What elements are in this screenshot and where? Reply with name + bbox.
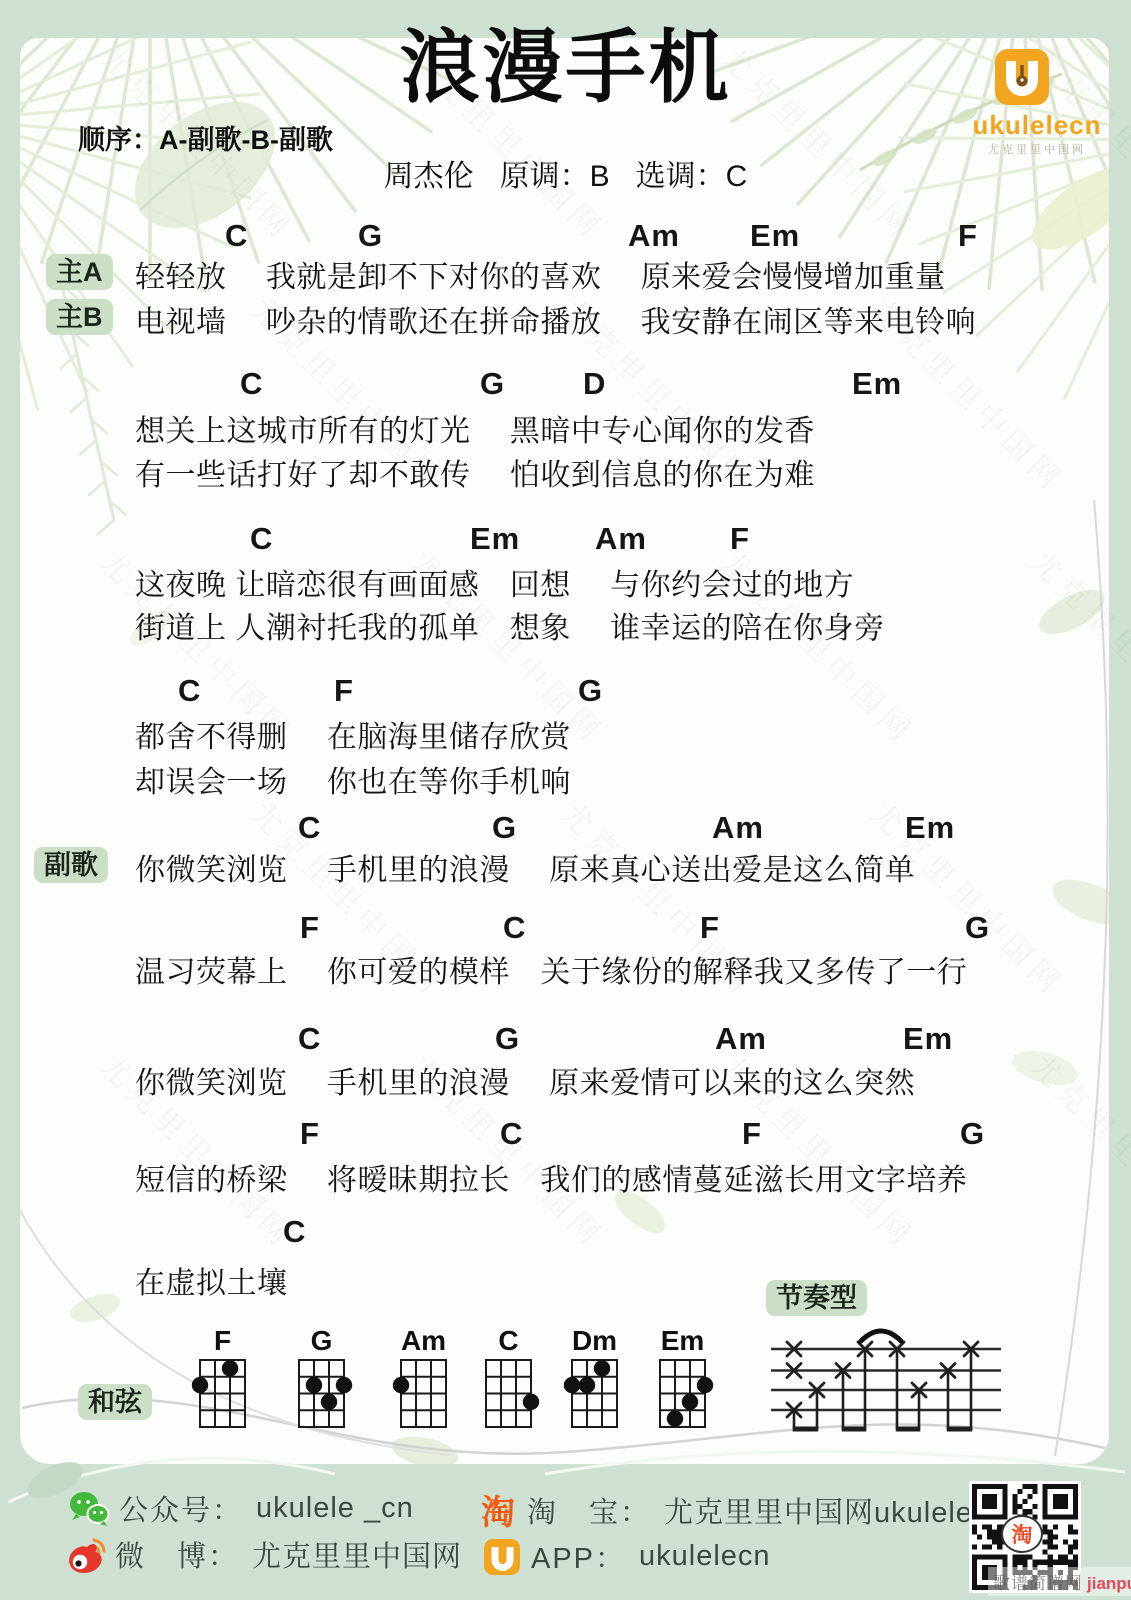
chord-label: Am xyxy=(715,1021,767,1057)
footer-entry: 淘淘 宝：尤克里里中国网ukulele xyxy=(476,1490,973,1531)
qr-center-logo: 淘 xyxy=(1001,1515,1043,1553)
footer-entry: 微 博：尤克里里中国网 xyxy=(64,1534,462,1575)
chord-label: D xyxy=(583,366,606,402)
lyric-line: 街道上 人潮衬托我的孤单 想象 谁幸运的陪在你身旁 xyxy=(135,603,885,647)
footer-value: 尤克里里中国网ukulele xyxy=(664,1490,973,1531)
chord-label: C xyxy=(500,1116,523,1152)
footer-label: 公众号： xyxy=(119,1488,243,1529)
original-key: 原调：B xyxy=(500,151,610,195)
chord-label: G xyxy=(492,810,517,846)
chord-label: C xyxy=(503,910,526,946)
chord-label: F xyxy=(742,1116,762,1152)
chord-label: G xyxy=(358,218,383,254)
logo-wordmark: ukulelecn xyxy=(952,110,1122,141)
chord-sheet-page: 尤克里里中国网尤克里里中国网尤克里里中国网尤克里里中国网尤克里里中国网尤克里里中… xyxy=(0,0,1131,1600)
chord-label: C xyxy=(283,1214,306,1250)
lyric-line: 有一些话打好了却不敢传 怕收到信息的你在为难 xyxy=(135,450,815,494)
footer-value: ukulele _cn xyxy=(256,1492,414,1525)
lyric-line: 都舍不得删 在脑海里储存欣赏 xyxy=(135,712,571,756)
chord-label: Em xyxy=(750,218,800,254)
footer-label: 淘 宝： xyxy=(527,1490,651,1531)
lyric-line: 电视墙 吵杂的情歌还在拼命播放 我安静在闹区等来电铃响 xyxy=(135,297,976,341)
chord-label: Am xyxy=(712,810,764,846)
weibo-icon xyxy=(64,1535,108,1575)
site-watermark-name: 歌谱简谱网 xyxy=(993,1574,1083,1593)
footer-value: 尤克里里中国网 xyxy=(252,1534,462,1575)
chord-label: G xyxy=(578,673,603,709)
chord-label: Em xyxy=(852,366,902,402)
svg-text:淘: 淘 xyxy=(481,1494,515,1531)
section-badge: 副歌 xyxy=(34,847,108,883)
footer-label: APP： xyxy=(531,1536,626,1577)
lyric-line: 你微笑浏览 手机里的浪漫 原来爱情可以来的这么突然 xyxy=(135,1058,915,1102)
chord-label: C xyxy=(225,218,248,254)
lyric-line: 温习荧幕上 你可爱的模样 关于缘份的解释我又多传了一行 xyxy=(135,947,967,991)
lyric-line: 在虚拟土壤 xyxy=(135,1258,288,1302)
chord-label: Am xyxy=(595,521,647,557)
chord-label: G xyxy=(960,1116,985,1152)
chord-label: F xyxy=(300,1116,320,1152)
chord-label: F xyxy=(334,673,354,709)
artist-name: 周杰伦 xyxy=(384,151,474,195)
chord-label: F xyxy=(300,910,320,946)
section-badge: 主B xyxy=(46,299,113,335)
site-watermark: 歌谱简谱网jianpu.cn xyxy=(988,1567,1131,1596)
app-icon xyxy=(480,1537,524,1577)
lyric-line: 短信的桥梁 将暧昧期拉长 我们的感情蔓延滋长用文字培养 xyxy=(135,1155,967,1199)
chord-label: F xyxy=(958,218,978,254)
site-watermark-domain: jianpu.cn xyxy=(1087,1574,1131,1593)
footer-entry: APP：ukulelecn xyxy=(480,1536,771,1577)
rhythm-pattern-badge: 节奏型 xyxy=(766,1280,867,1316)
ukulelecn-logo-icon xyxy=(995,49,1049,105)
chord-label: Em xyxy=(905,810,955,846)
section-badge: 主A xyxy=(46,254,113,290)
chords-panel-badge: 和弦 xyxy=(78,1384,152,1420)
footer-entry: 公众号：ukulele _cn xyxy=(68,1488,414,1529)
logo-subtitle: 尤克里里中国网 xyxy=(962,141,1112,157)
chord-label: C xyxy=(250,521,273,557)
lyric-line: 这夜晚 让暗恋很有画面感 回想 与你约会过的地方 xyxy=(135,560,854,604)
chord-label: Em xyxy=(903,1021,953,1057)
chord-label: G xyxy=(480,366,505,402)
selected-key: 选调：C xyxy=(636,151,748,195)
artist-key-line: 周杰伦 原调：B 选调：C xyxy=(0,151,1131,195)
lyric-line: 轻轻放 我就是卸不下对你的喜欢 原来爱会慢慢增加重量 xyxy=(135,252,946,296)
taobao-icon: 淘 xyxy=(476,1491,520,1531)
lyric-line: 想关上这城市所有的灯光 黑暗中专心闻你的发香 xyxy=(135,406,815,450)
chord-label: C xyxy=(178,673,201,709)
chord-label: Am xyxy=(628,218,680,254)
chord-label: C xyxy=(240,366,263,402)
chord-label: C xyxy=(298,810,321,846)
chord-label: C xyxy=(298,1021,321,1057)
chord-label: G xyxy=(495,1021,520,1057)
song-title: 浪漫手机 xyxy=(0,26,1131,110)
chord-label: F xyxy=(730,521,750,557)
lyric-line: 却误会一场 你也在等你手机响 xyxy=(135,757,571,801)
lyric-line: 你微笑浏览 手机里的浪漫 原来真心送出爱是这么简单 xyxy=(135,845,915,889)
chord-label: G xyxy=(965,910,990,946)
footer-value: ukulelecn xyxy=(639,1540,771,1573)
chord-label: F xyxy=(700,910,720,946)
chord-label: Em xyxy=(470,521,520,557)
footer-label: 微 博： xyxy=(115,1534,239,1575)
wechat-icon xyxy=(68,1489,112,1529)
